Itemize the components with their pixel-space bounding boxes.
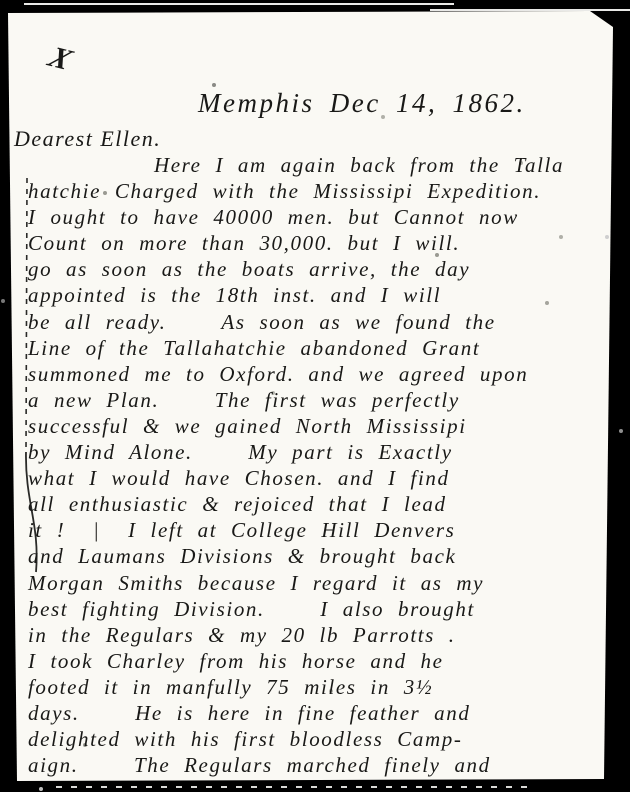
letter-line: best fighting Division. I also brought bbox=[28, 597, 564, 623]
dust-specks bbox=[0, 0, 2, 2]
letter-line: summoned me to Oxford. and we agreed upo… bbox=[28, 362, 564, 388]
letter-line: I ought to have 40000 men. but Cannot no… bbox=[28, 205, 564, 231]
letter-line: footed it in manfully 75 miles in 3½ bbox=[28, 675, 564, 701]
letter-line: it ! | I left at College Hill Denvers bbox=[28, 518, 564, 544]
scanned-letter-page: X Memphis Dec 14, 1862. Dearest Ellen. H… bbox=[0, 0, 630, 792]
letter-line: delighted with his first bloodless Camp- bbox=[28, 727, 564, 753]
letter-line: Here I am again back from the Talla bbox=[28, 153, 564, 179]
scan-artifact-line bbox=[56, 786, 536, 788]
letter-line: aign. The Regulars marched finely and bbox=[28, 753, 564, 779]
letter-line: be all ready. As soon as we found the bbox=[28, 310, 564, 336]
letter-line: a new Plan. The first was perfectly bbox=[28, 388, 564, 414]
scan-artifact-line bbox=[430, 9, 630, 11]
scan-artifact-line bbox=[24, 3, 454, 5]
letter-line: appointed is the 18th inst. and I will bbox=[28, 283, 564, 309]
letter-line: go as soon as the boats arrive, the day bbox=[28, 257, 564, 283]
letter-line: Count on more than 30,000. but I will. bbox=[28, 231, 564, 257]
letter-line: hatchie Charged with the Mississipi Expe… bbox=[28, 179, 564, 205]
letter-line: in the Regulars & my 20 lb Parrotts . bbox=[28, 623, 564, 649]
letter-body: Here I am again back from the Tallahatch… bbox=[28, 153, 564, 779]
letter-line: Line of the Tallahatchie abandoned Grant bbox=[28, 336, 564, 362]
letter-line: I took Charley from his horse and he bbox=[28, 649, 564, 675]
letter-line: Morgan Smiths because I regard it as my bbox=[28, 571, 564, 597]
letter-line: all enthusiastic & rejoiced that I lead bbox=[28, 492, 564, 518]
letter-line: days. He is here in fine feather and bbox=[28, 701, 564, 727]
letter-line: what I would have Chosen. and I find bbox=[28, 466, 564, 492]
letter-dateline: Memphis Dec 14, 1862. bbox=[198, 88, 526, 119]
letter-salutation: Dearest Ellen. bbox=[14, 126, 161, 152]
letter-line: and Laumans Divisions & brought back bbox=[28, 544, 564, 570]
letter-line: successful & we gained North Mississipi bbox=[28, 414, 564, 440]
letter-line: by Mind Alone. My part is Exactly bbox=[28, 440, 564, 466]
